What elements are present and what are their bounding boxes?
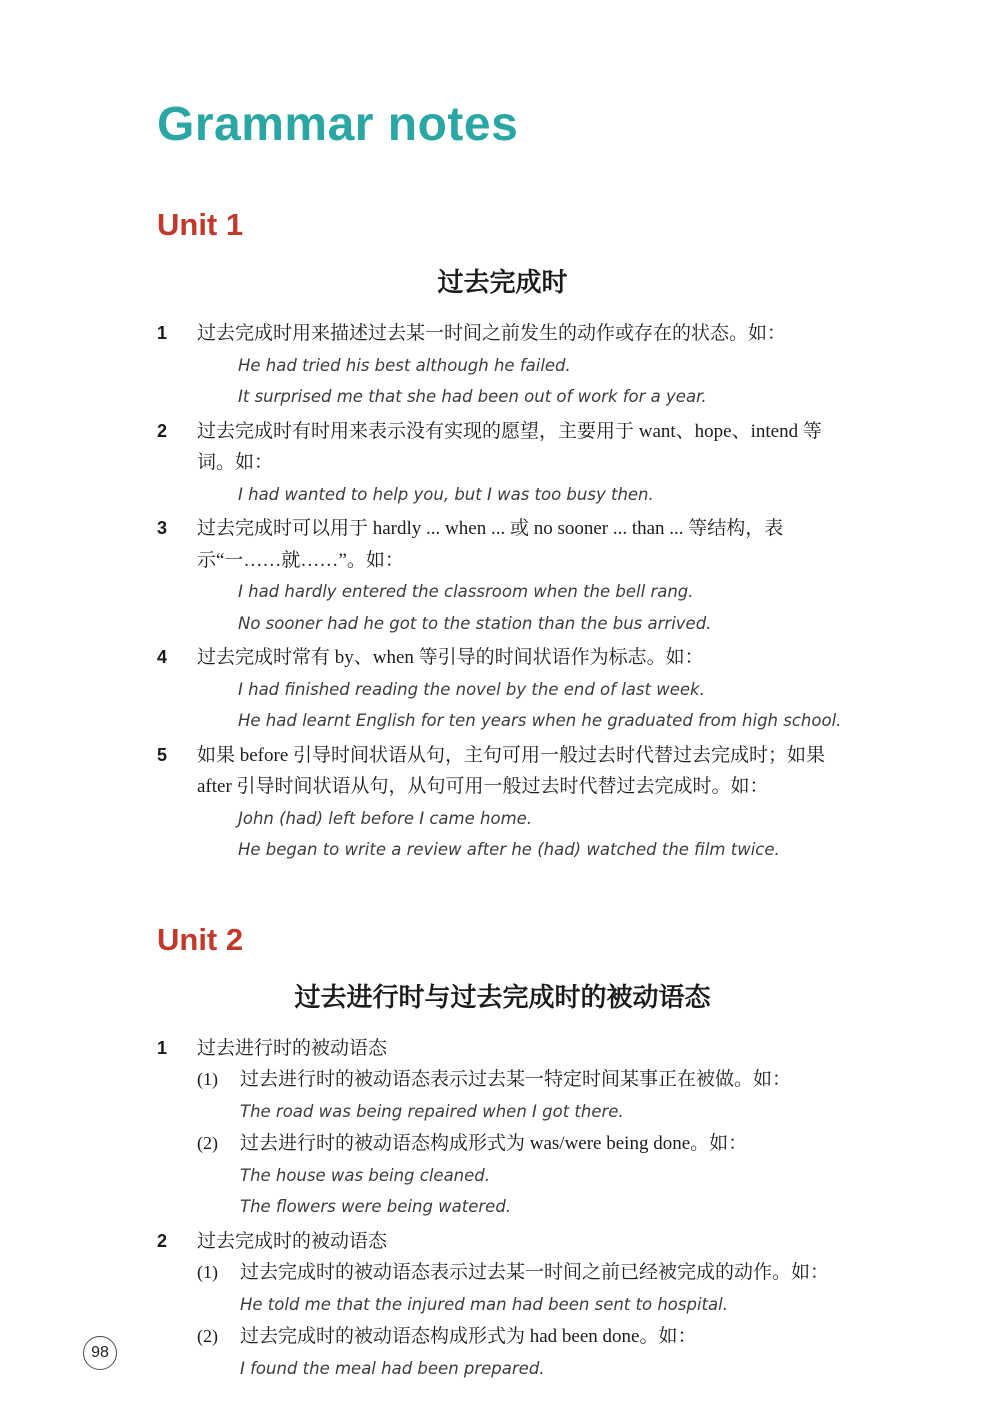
example-sentence: I had hardly entered the classroom when … bbox=[197, 577, 848, 608]
page-number: 98 bbox=[91, 1344, 109, 1362]
item-body: 过去完成时用来描述过去某一时间之前发生的动作或存在的状态。如： He had t… bbox=[197, 318, 848, 414]
item-body: 过去完成时的被动语态 (1) 过去完成时的被动语态表示过去某一时间之前已经被完成… bbox=[197, 1226, 848, 1386]
page-number-badge: 98 bbox=[83, 1336, 117, 1370]
example-sentence: He began to write a review after he (had… bbox=[197, 835, 848, 866]
sub-item-1: (1) 过去完成时的被动语态表示过去某一时间之前已经被完成的动作。如： He t… bbox=[197, 1257, 848, 1321]
sub-item-text: 过去进行时的被动语态构成形式为 was/were being done。如： bbox=[240, 1128, 848, 1160]
document-page: Grammar notes Unit 1 过去完成时 1 过去完成时用来描述过去… bbox=[0, 0, 1000, 1422]
example-sentence: The house was being cleaned. bbox=[240, 1161, 848, 1192]
item-text: 如果 before 引导时间状语从句，主句可用一般过去时代替过去完成时；如果 a… bbox=[197, 740, 848, 803]
unit-1-label: Unit 1 bbox=[157, 208, 848, 242]
example-sentence: He had learnt English for ten years when… bbox=[197, 706, 848, 737]
sub-item-number: (1) bbox=[197, 1064, 240, 1096]
item-body: 过去完成时可以用于 hardly ... when ... 或 no soone… bbox=[197, 513, 848, 640]
sub-item-text: 过去完成时的被动语态表示过去某一时间之前已经被完成的动作。如： bbox=[240, 1257, 848, 1289]
sub-item-2: (2) 过去进行时的被动语态构成形式为 was/were being done。… bbox=[197, 1128, 848, 1224]
item-number: 2 bbox=[157, 416, 197, 448]
page-title: Grammar notes bbox=[157, 100, 848, 150]
item-number: 1 bbox=[157, 1033, 197, 1065]
item-number: 1 bbox=[157, 318, 197, 350]
grammar-item-1: 1 过去完成时用来描述过去某一时间之前发生的动作或存在的状态。如： He had… bbox=[157, 318, 848, 414]
item-text: 过去进行时的被动语态 bbox=[197, 1033, 848, 1065]
grammar-item-5: 5 如果 before 引导时间状语从句，主句可用一般过去时代替过去完成时；如果… bbox=[157, 740, 848, 867]
item-text: 过去完成时常有 by、when 等引导的时间状语作为标志。如： bbox=[197, 642, 848, 674]
sub-item-2: (2) 过去完成时的被动语态构成形式为 had been done。如： I f… bbox=[197, 1321, 848, 1385]
grammar-item-3: 3 过去完成时可以用于 hardly ... when ... 或 no soo… bbox=[157, 513, 848, 640]
sub-item-body: 过去进行时的被动语态表示过去某一特定时间某事正在被做。如： The road w… bbox=[240, 1064, 848, 1128]
item-text: 过去完成时的被动语态 bbox=[197, 1226, 848, 1258]
unit-1-heading: 过去完成时 bbox=[157, 266, 848, 298]
item-body: 过去完成时有时用来表示没有实现的愿望，主要用于 want、hope、intend… bbox=[197, 416, 848, 512]
sub-item-number: (2) bbox=[197, 1321, 240, 1353]
item-body: 过去进行时的被动语态 (1) 过去进行时的被动语态表示过去某一特定时间某事正在被… bbox=[197, 1033, 848, 1224]
grammar-item-2: 2 过去完成时有时用来表示没有实现的愿望，主要用于 want、hope、inte… bbox=[157, 416, 848, 512]
grammar-item-4: 4 过去完成时常有 by、when 等引导的时间状语作为标志。如： I had … bbox=[157, 642, 848, 738]
grammar-item-1: 1 过去进行时的被动语态 (1) 过去进行时的被动语态表示过去某一特定时间某事正… bbox=[157, 1033, 848, 1224]
grammar-item-2: 2 过去完成时的被动语态 (1) 过去完成时的被动语态表示过去某一时间之前已经被… bbox=[157, 1226, 848, 1386]
example-sentence: I found the meal had been prepared. bbox=[240, 1354, 848, 1385]
item-number: 4 bbox=[157, 642, 197, 674]
item-body: 过去完成时常有 by、when 等引导的时间状语作为标志。如： I had fi… bbox=[197, 642, 848, 738]
item-number: 3 bbox=[157, 513, 197, 545]
example-sentence: The road was being repaired when I got t… bbox=[240, 1097, 848, 1128]
example-sentence: I had finished reading the novel by the … bbox=[197, 675, 848, 706]
example-sentence: John (had) left before I came home. bbox=[197, 804, 848, 835]
example-sentence: I had wanted to help you, but I was too … bbox=[197, 480, 848, 511]
sub-item-body: 过去进行时的被动语态构成形式为 was/were being done。如： T… bbox=[240, 1128, 848, 1224]
item-number: 5 bbox=[157, 740, 197, 772]
item-text: 过去完成时用来描述过去某一时间之前发生的动作或存在的状态。如： bbox=[197, 318, 848, 350]
item-text: 过去完成时有时用来表示没有实现的愿望，主要用于 want、hope、intend… bbox=[197, 416, 848, 479]
sub-item-number: (1) bbox=[197, 1257, 240, 1289]
item-number: 2 bbox=[157, 1226, 197, 1258]
sub-item-body: 过去完成时的被动语态表示过去某一时间之前已经被完成的动作。如： He told … bbox=[240, 1257, 848, 1321]
unit-2-section: Unit 2 过去进行时与过去完成时的被动语态 1 过去进行时的被动语态 (1)… bbox=[157, 923, 848, 1386]
example-sentence: He told me that the injured man had been… bbox=[240, 1290, 848, 1321]
unit-1-section: Unit 1 过去完成时 1 过去完成时用来描述过去某一时间之前发生的动作或存在… bbox=[157, 208, 848, 867]
sub-item-body: 过去完成时的被动语态构成形式为 had been done。如： I found… bbox=[240, 1321, 848, 1385]
sub-item-1: (1) 过去进行时的被动语态表示过去某一特定时间某事正在被做。如： The ro… bbox=[197, 1064, 848, 1128]
example-sentence: He had tried his best although he failed… bbox=[197, 351, 848, 382]
unit-2-heading: 过去进行时与过去完成时的被动语态 bbox=[157, 981, 848, 1013]
item-text: 过去完成时可以用于 hardly ... when ... 或 no soone… bbox=[197, 513, 848, 576]
sub-item-text: 过去进行时的被动语态表示过去某一特定时间某事正在被做。如： bbox=[240, 1064, 848, 1096]
sub-item-number: (2) bbox=[197, 1128, 240, 1160]
unit-2-label: Unit 2 bbox=[157, 923, 848, 957]
sub-item-text: 过去完成时的被动语态构成形式为 had been done。如： bbox=[240, 1321, 848, 1353]
item-body: 如果 before 引导时间状语从句，主句可用一般过去时代替过去完成时；如果 a… bbox=[197, 740, 848, 867]
example-sentence: It surprised me that she had been out of… bbox=[197, 382, 848, 413]
example-sentence: No sooner had he got to the station than… bbox=[197, 609, 848, 640]
example-sentence: The flowers were being watered. bbox=[240, 1192, 848, 1223]
